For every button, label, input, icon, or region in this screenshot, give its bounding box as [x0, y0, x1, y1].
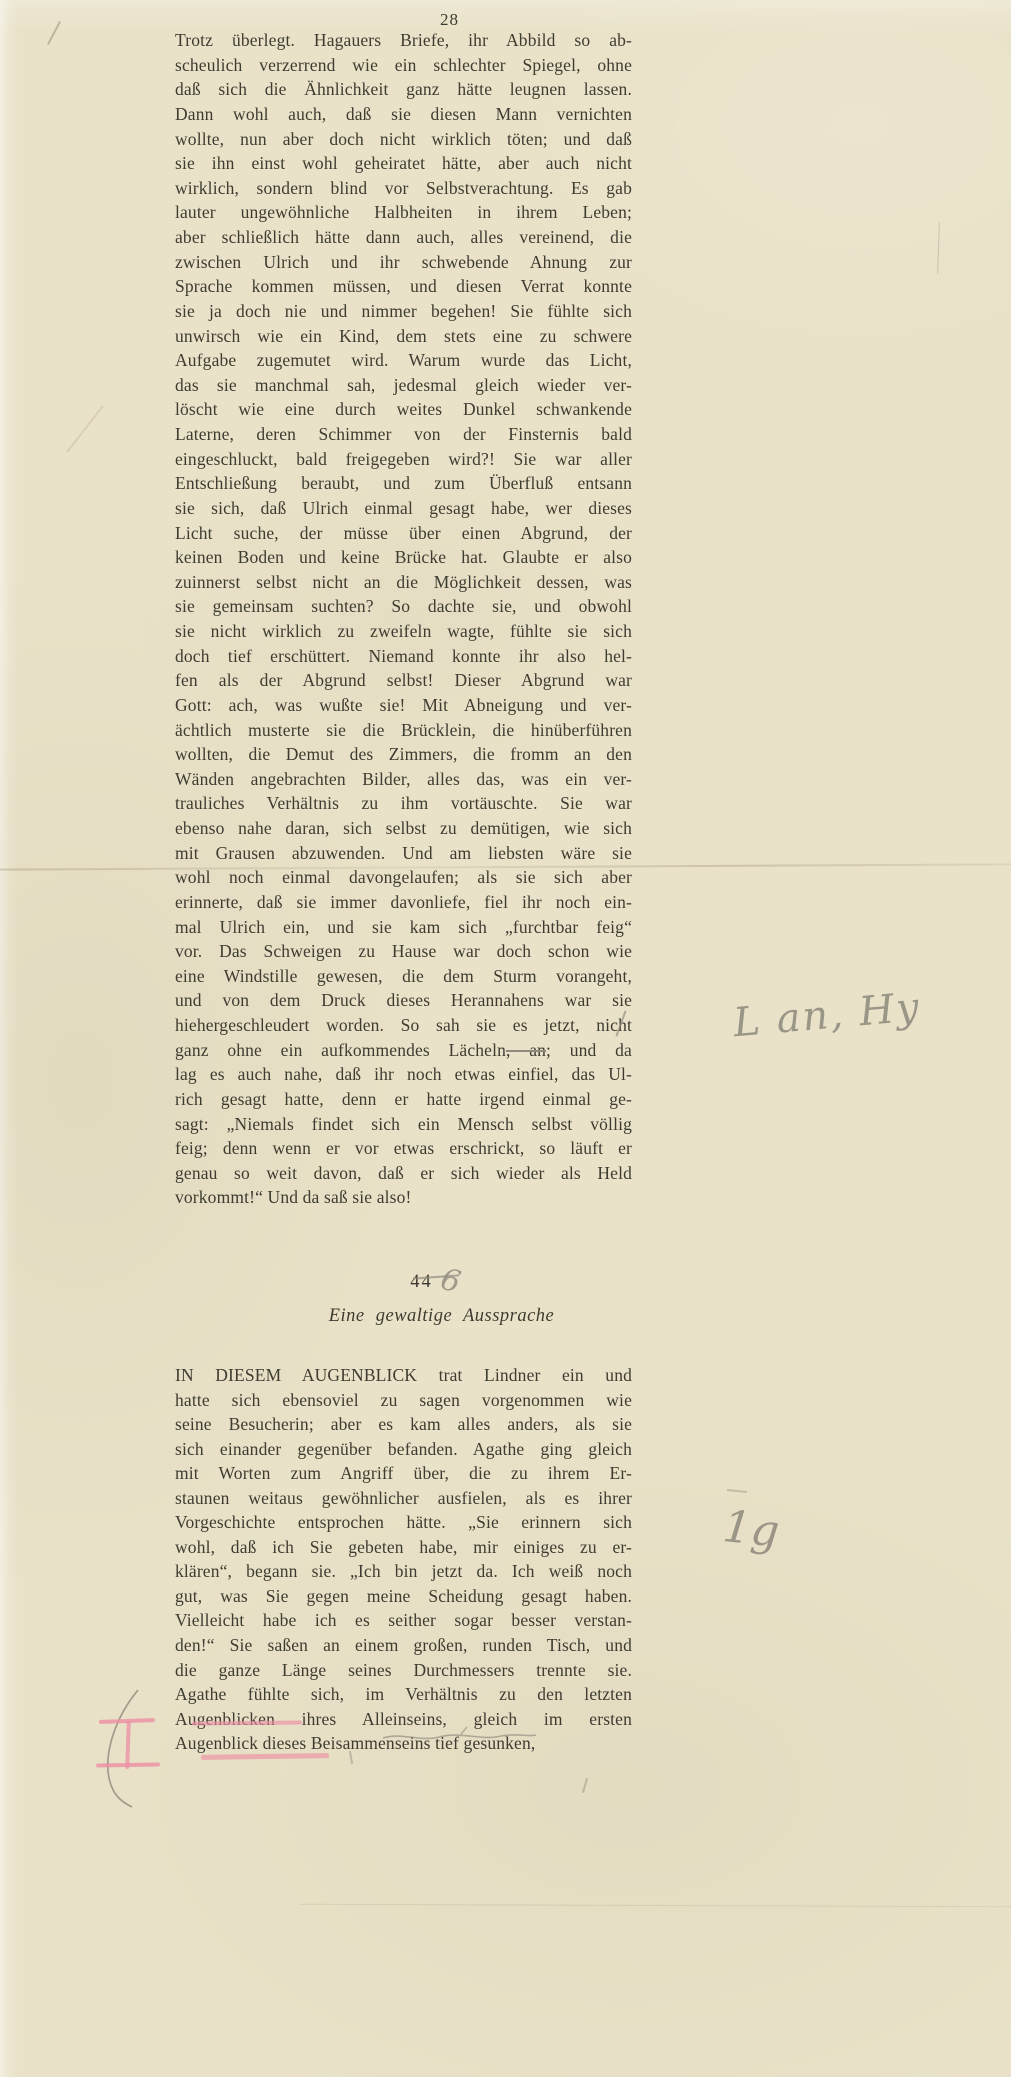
text-line: lag es auch nahe, daß ihr noch etwas ein…	[175, 1062, 632, 1087]
text-line: vor. Das Schweigen zu Hause war doch sch…	[175, 939, 632, 964]
pink-bracket-bottom-bar	[96, 1762, 160, 1767]
page-number: 28	[221, 10, 678, 30]
text-line: Laterne, deren Schimmer von der Finstern…	[175, 422, 632, 447]
text-line: aber schließlich hätte dann auch, alles …	[175, 225, 632, 250]
text-line: sagt: „Niemals findet sich ein Mensch se…	[175, 1112, 632, 1137]
paper-crease-lower	[300, 1904, 1011, 1907]
scanned-book-page: 28 Trotz überlegt. Hagauers Briefe, ihr …	[0, 0, 1011, 2077]
text-line: wirklich, sondern blind vor Selbstverach…	[175, 176, 632, 201]
text-line: mal Ulrich ein, und sie kam sich „furcht…	[175, 915, 632, 940]
text-line: sie sich, daß Ulrich einmal gesagt habe,…	[175, 496, 632, 521]
pink-underline-augenblick	[201, 1753, 329, 1760]
text-line: doch tief erschüttert. Niemand konnte ih…	[175, 644, 632, 669]
chapter-title: Eine gewaltige Aussprache	[213, 1306, 670, 1327]
text-line: und von dem Druck dieses Herannahens war…	[175, 988, 632, 1013]
text-line: die ganze Länge seines Durchmessers tren…	[175, 1658, 632, 1683]
text-line: genau so weit davon, daß er sich wieder …	[175, 1161, 632, 1186]
text-line: Wänden angebrachten Bilder, alles das, w…	[175, 767, 632, 792]
text-line: Trotz überlegt. Hagauers Briefe, ihr Abb…	[175, 28, 632, 53]
text-line: daß sich die Ähnlichkeit ganz hätte leug…	[175, 77, 632, 102]
pencil-hairline-right-margin	[937, 222, 940, 274]
text-line: fen als der Abgrund selbst! Dieser Abgru…	[175, 668, 632, 693]
text-line: Sprache kommen müssen, und diesen Verrat…	[175, 274, 632, 299]
text-line: Licht suche, der müsse über einen Abgrun…	[175, 521, 632, 546]
paper-background: 28 Trotz überlegt. Hagauers Briefe, ihr …	[0, 0, 1011, 2077]
text-line: ächtlich musterte sie die Brücklein, die…	[175, 718, 632, 743]
text-line: mit Grausen abzuwenden. Und am liebsten …	[175, 841, 632, 866]
text-line: IN DIESEM AUGENBLICK trat Lindner ein un…	[175, 1363, 632, 1388]
text-line: ganz ohne ein aufkommendes Lächeln, an; …	[175, 1038, 632, 1063]
text-line: eingeschluckt, bald freigegeben wird?! S…	[175, 447, 632, 472]
pencil-loop-left-margin	[101, 1686, 147, 1812]
text-line: scheulich verzerrend wie ein schlechter …	[175, 53, 632, 78]
text-line: seine Besucherin; aber es kam alles ande…	[175, 1412, 632, 1437]
text-line: trauliches Verhältnis zu ihm vortäuschte…	[175, 791, 632, 816]
text-line: sie nicht wirklich zu zweifeln wagte, fü…	[175, 619, 632, 644]
text-line: keinen Boden und keine Brücke hat. Glaub…	[175, 545, 632, 570]
text-line: staunen weitaus gewöhnlicher ausfielen, …	[175, 1486, 632, 1511]
paragraph-1: Trotz überlegt. Hagauers Briefe, ihr Abb…	[175, 28, 632, 1210]
text-line: Agathe fühlte sich, im Verhältnis zu den…	[175, 1682, 632, 1707]
text-line: ebenso nahe daran, sich selbst zu demüti…	[175, 816, 632, 841]
text-line: Dann wohl auch, daß sie diesen Mann vern…	[175, 102, 632, 127]
text-line: wollten, die Demut des Zimmers, die from…	[175, 742, 632, 767]
handwritten-margin-note-2: 1g	[721, 1501, 806, 1560]
text-line: Vorgeschichte entsprochen hätte. „Sie er…	[175, 1510, 632, 1535]
text-line: lauter ungewöhnliche Halbheiten in ihrem…	[175, 200, 632, 225]
text-line: wohl, daß ich Sie gebeten habe, mir eini…	[175, 1535, 632, 1560]
text-line: sie ihn einst wohl geheiratet hätte, abe…	[175, 151, 632, 176]
text-line: vorkommt!“ Und da saß sie also!	[175, 1185, 632, 1210]
text-line: unwirsch wie ein Kind, dem stets eine zu…	[175, 324, 632, 349]
text-line: rich gesagt hatte, denn er hatte irgend …	[175, 1087, 632, 1112]
text-line: mit Worten zum Angriff über, die zu ihre…	[175, 1461, 632, 1486]
pencil-struck-text: , an	[506, 1040, 546, 1060]
handwritten-section-number: 6	[437, 1262, 466, 1301]
text-line: zuinnerst selbst nicht an die Möglichkei…	[175, 570, 632, 595]
handwritten-margin-note: L an, Hy	[731, 980, 974, 1047]
section-number: 44	[410, 1272, 433, 1292]
text-line: klären“, begann sie. „Ich bin jetzt da. …	[175, 1559, 632, 1584]
pencil-tick-bottom-2	[582, 1778, 588, 1793]
text-line: wollte, nun aber doch nicht wirklich töt…	[175, 127, 632, 152]
paper-crease-left	[66, 406, 103, 453]
text-line: Aufgabe zugemutet wird. Warum wurde das …	[175, 348, 632, 373]
text-line: wohl noch einmal davongelaufen; als sie …	[175, 865, 632, 890]
text-line: sie ja doch nie und nimmer begehen! Sie …	[175, 299, 632, 324]
text-line: eine Windstille gewesen, die dem Sturm v…	[175, 964, 632, 989]
text-line: das sie manchmal sah, jedesmal gleich wi…	[175, 373, 632, 398]
text-line: Gott: ach, was wußte sie! Mit Abneigung …	[175, 693, 632, 718]
text-line: hiehergeschleudert worden. So sah sie es…	[175, 1013, 632, 1038]
text-line: sich einander gegenüber befanden. Agathe…	[175, 1437, 632, 1462]
text-line: feig; denn wenn er vor etwas erschrickt,…	[175, 1136, 632, 1161]
text-line: sie gemeinsam suchten? So dachte sie, un…	[175, 594, 632, 619]
text-line: zwischen Ulrich und ihr schwebende Ahnun…	[175, 250, 632, 275]
text-line: hatte sich ebensoviel zu sagen vorgenomm…	[175, 1388, 632, 1413]
pencil-dash	[727, 1489, 747, 1493]
text-line: den!“ Sie saßen an einem großen, runden …	[175, 1633, 632, 1658]
text-line: gut, was Sie gegen meine Scheidung gesag…	[175, 1584, 632, 1609]
text-line: Vielleicht habe ich es seither sogar bes…	[175, 1608, 632, 1633]
text-line: erinnerte, daß sie immer davonliefe, fie…	[175, 890, 632, 915]
paragraph-2: IN DIESEM AUGENBLICK trat Lindner ein un…	[175, 1363, 632, 1756]
pencil-squiggle-beisammenseins	[381, 1726, 539, 1746]
pencil-tick-top-left	[47, 21, 61, 45]
text-line: Entschließung beraubt, und zum Überfluß …	[175, 471, 632, 496]
text-line: löscht wie eine durch weites Dunkel schw…	[175, 397, 632, 422]
